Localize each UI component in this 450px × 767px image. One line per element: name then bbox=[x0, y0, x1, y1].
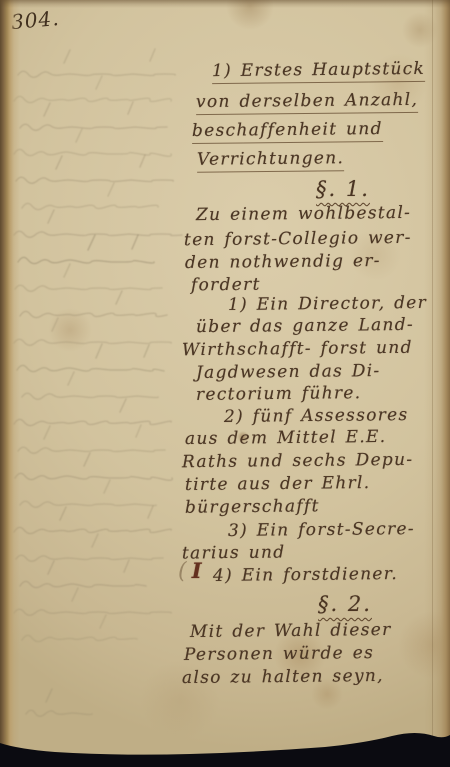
manuscript-line: also zu halten seyn, bbox=[182, 666, 384, 688]
section-1-mark: §. 1. bbox=[316, 177, 370, 201]
manuscript-line: Zu einem wohlbestal- bbox=[196, 203, 411, 225]
manuscript-line: Jagdwesen das Di- bbox=[196, 361, 381, 383]
manuscript-line: Mit der Wahl dieser bbox=[190, 620, 392, 642]
heading-text: 1) Erstes Hauptstück bbox=[212, 59, 425, 84]
scanned-page-background: 304. 1) Erstes Hauptstück von derselben … bbox=[0, 0, 450, 767]
heading-line: Verrichtungen. bbox=[197, 148, 344, 170]
manuscript-line: ten forst-Collegio wer- bbox=[184, 228, 412, 250]
manuscript-line: fordert bbox=[191, 275, 261, 296]
section-2-mark: §. 2. bbox=[318, 592, 372, 616]
manuscript-line: bürgerschafft bbox=[185, 496, 320, 517]
heading-text: Verrichtungen. bbox=[197, 148, 344, 173]
manuscript-line: rectorium führe. bbox=[196, 383, 362, 405]
heading-text: von derselben Anzahl, bbox=[196, 90, 418, 115]
page-number: 304. bbox=[10, 6, 60, 34]
heading-line: 1) Erstes Hauptstück bbox=[212, 59, 425, 81]
scan-bottom-edge bbox=[0, 722, 450, 767]
manuscript-page: 304. 1) Erstes Hauptstück von derselben … bbox=[0, 0, 450, 767]
manuscript-line: Raths und sechs Depu- bbox=[182, 450, 414, 472]
manuscript-line: 2) fünf Assessores bbox=[224, 405, 409, 427]
manuscript-line: 4) Ein forstdiener. bbox=[213, 564, 398, 586]
manuscript-line: den nothwendig er- bbox=[185, 251, 381, 273]
heading-text: beschaffenheit und bbox=[192, 119, 383, 144]
manuscript-line: über das ganze Land- bbox=[196, 315, 414, 337]
margin-mark-bar: I bbox=[192, 558, 202, 583]
margin-mark-paren: ( bbox=[178, 559, 187, 584]
heading-line: von derselben Anzahl, bbox=[196, 90, 418, 112]
manuscript-line: aus dem Mittel E.E. bbox=[185, 427, 387, 449]
margin-mark: ( I bbox=[178, 558, 202, 584]
manuscript-line: Wirthschafft- forst und bbox=[182, 338, 413, 360]
manuscript-line: Personen würde es bbox=[184, 643, 374, 665]
heading-line: beschaffenheit und bbox=[192, 119, 383, 141]
manuscript-line: 1) Ein Director, der bbox=[228, 293, 427, 315]
manuscript-line: tirte aus der Ehrl. bbox=[185, 473, 371, 495]
manuscript-line: 3) Ein forst-Secre- bbox=[228, 519, 415, 541]
